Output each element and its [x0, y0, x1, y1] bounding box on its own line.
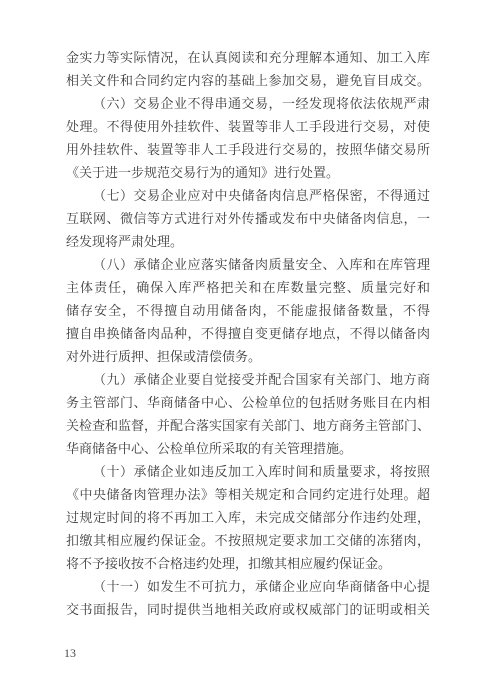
text-line: 相关文件和合同约定内容的基础上参加交易，避免盲目成交。 [66, 69, 430, 92]
text-line: 金实力等实际情况，在认真阅读和充分理解本通知、加工入库 [66, 46, 430, 69]
text-line: 过规定时间的将不再加工入库，未完成交储部分作违约处理， [66, 506, 430, 529]
text-line: 处理。不得使用外挂软件、装置等非人工手段进行交易，对使 [66, 115, 430, 138]
text-line: （九）承储企业要自觉接受并配合国家有关部门、地方商 [66, 368, 430, 391]
text-line: 互联网、微信等方式进行对外传播或发布中央储备肉信息，一 [66, 207, 430, 230]
text-block: 金实力等实际情况，在认真阅读和充分理解本通知、加工入库 相关文件和合同约定内容的… [66, 46, 430, 621]
document-page: 金实力等实际情况，在认真阅读和充分理解本通知、加工入库 相关文件和合同约定内容的… [0, 0, 494, 700]
text-line: （六）交易企业不得串通交易，一经发现将依法依规严肃 [66, 92, 430, 115]
text-line: 务主管部门、华商储备中心、公检单位的包括财务账目在内相 [66, 391, 430, 414]
text-line: （八）承储企业应落实储备肉质量安全、入库和在库管理 [66, 253, 430, 276]
text-line: 擅自串换储备肉品种，不得擅自变更储存地点，不得以储备肉 [66, 322, 430, 345]
text-line: （十）承储企业如违反加工入库时间和质量要求，将按照 [66, 460, 430, 483]
text-line: 关检查和监督，并配合落实国家有关部门、地方商务主管部门、 [66, 414, 430, 437]
text-line: 对外进行质押、担保或清偿债务。 [66, 345, 430, 368]
text-line: 交书面报告，同时提供当地相关政府或权威部门的证明或相关 [66, 598, 430, 621]
text-line: 《关于进一步规范交易行为的通知》进行处置。 [66, 161, 430, 184]
text-line: 主体责任，确保入库严格把关和在库数量完整、质量完好和 [66, 276, 430, 299]
text-line: 用外挂软件、装置等非人工手段进行交易的，按照华储交易所 [66, 138, 430, 161]
text-line: 将不予接收按不合格违约处理，扣缴其相应履约保证金。 [66, 552, 430, 575]
text-line: 扣缴其相应履约保证金。不按照规定要求加工交储的冻猪肉， [66, 529, 430, 552]
text-line: （十一）如发生不可抗力，承储企业应向华商储备中心提 [66, 575, 430, 598]
text-line: 《中央储备肉管理办法》等相关规定和合同约定进行处理。超 [66, 483, 430, 506]
text-line: （七）交易企业应对中央储备肉信息严格保密，不得通过 [66, 184, 430, 207]
page-number: 13 [64, 644, 76, 662]
text-line: 储存安全，不得擅自动用储备肉，不能虚报储备数量，不得 [66, 299, 430, 322]
text-line: 华商储备中心、公检单位所采取的有关管理措施。 [66, 437, 430, 460]
text-line: 经发现将严肃处理。 [66, 230, 430, 253]
